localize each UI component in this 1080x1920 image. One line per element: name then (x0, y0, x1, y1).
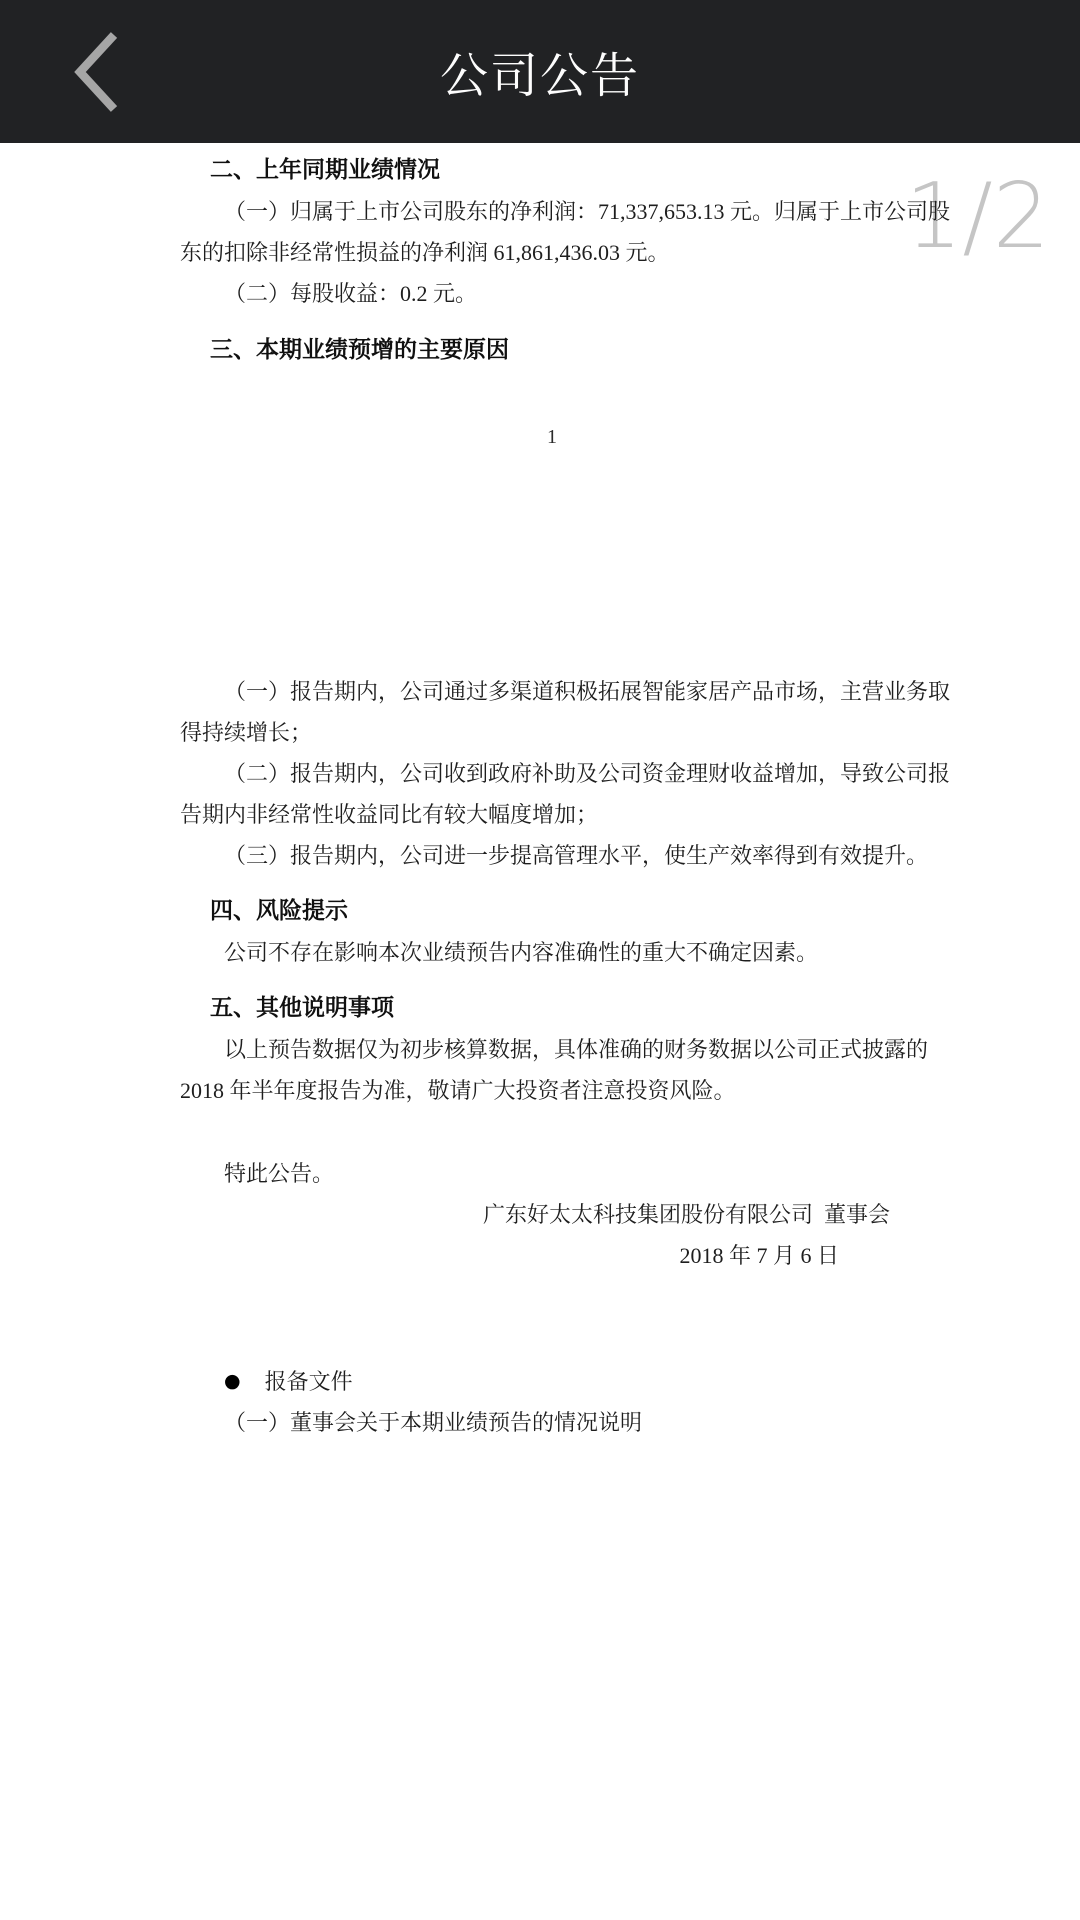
doc-line: （一）董事会关于本期业绩预告的情况说明 (180, 1402, 924, 1443)
bullet-text: 报备文件 (265, 1361, 353, 1402)
doc-heading: 四、风险提示 (180, 891, 924, 932)
doc-line: （二）报告期内，公司收到政府补助及公司资金理财收益增加，导致公司报 (180, 753, 924, 794)
doc-line: 2018 年 7 月 6 日 (180, 1235, 924, 1276)
document[interactable]: 二、上年同期业绩情况（一）归属于上市公司股东的净利润：71,337,653.13… (180, 143, 924, 1443)
doc-page-number: 1 (180, 417, 924, 458)
chevron-left-icon (72, 29, 120, 115)
doc-line: 特此公告。 (180, 1153, 924, 1194)
doc-line: 东的扣除非经常性损益的净利润 61,861,436.03 元。 (180, 232, 924, 273)
doc-line: 公司不存在影响本次业绩预告内容准确性的重大不确定因素。 (180, 932, 924, 973)
app-header: 公司公告 (0, 0, 1080, 143)
doc-heading: 二、上年同期业绩情况 (180, 150, 924, 191)
back-button[interactable] (40, 0, 180, 143)
doc-line: （三）报告期内，公司进一步提高管理水平，使生产效率得到有效提升。 (180, 835, 924, 876)
doc-bullet-line: ●报备文件 (180, 1361, 924, 1402)
page-title: 公司公告 (440, 37, 640, 106)
doc-line: （一）报告期内，公司通过多渠道积极拓展智能家居产品市场，主营业务取 (180, 671, 924, 712)
doc-line: 告期内非经常性收益同比有较大幅度增加； (180, 794, 924, 835)
doc-heading: 三、本期业绩预增的主要原因 (180, 330, 924, 371)
bullet-icon: ● (224, 1361, 241, 1402)
doc-line: （一）归属于上市公司股东的净利润：71,337,653.13 元。归属于上市公司… (180, 191, 924, 232)
doc-line: 广东好太太科技集团股份有限公司 董事会 (180, 1194, 924, 1235)
announcement-viewer-screen: 公司公告 1/2 二、上年同期业绩情况（一）归属于上市公司股东的净利润：71,3… (0, 0, 1080, 1920)
doc-heading: 五、其他说明事项 (180, 988, 924, 1029)
doc-line: 2018 年半年度报告为准，敬请广大投资者注意投资风险。 (180, 1070, 924, 1111)
doc-line: （二）每股收益：0.2 元。 (180, 273, 924, 314)
doc-line: 得持续增长； (180, 712, 924, 753)
doc-line: 以上预告数据仅为初步核算数据，具体准确的财务数据以公司正式披露的 (180, 1029, 924, 1070)
